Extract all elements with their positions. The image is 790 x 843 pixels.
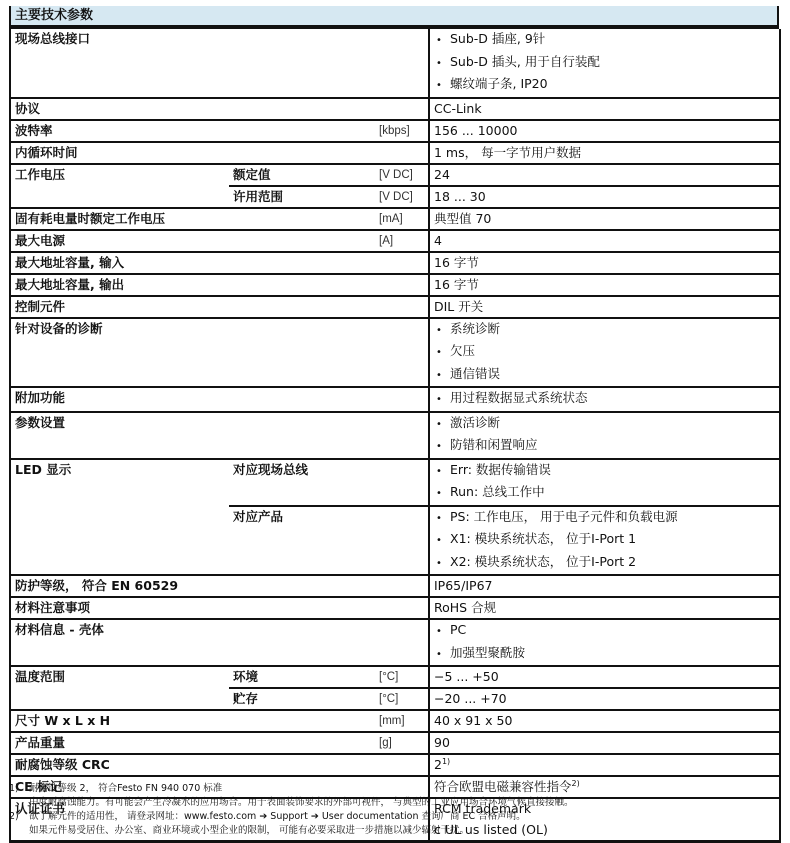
value-text: 16 字节 xyxy=(434,277,479,292)
row-unit xyxy=(375,387,429,412)
value-text: IP65/IP67 xyxy=(434,578,492,593)
row-sublabel: 额定值 xyxy=(229,164,375,186)
table-row: 固有耗电量时额定工作电压[mA]典型值 70 xyxy=(10,208,780,230)
value-list: Sub-D 插座, 9针Sub-D 插头, 用于自行装配螺纹端子条, IP20 xyxy=(434,29,775,97)
row-label: 耐腐蚀等级 CRC xyxy=(10,754,229,776)
table-row: 工作电压额定值[V DC]24 xyxy=(10,164,780,186)
table-row: 许用范围[V DC]18 ... 30 xyxy=(10,186,780,208)
table-row: 协议CC-Link xyxy=(10,98,780,120)
row-value: 16 字节 xyxy=(429,252,780,274)
table-row: 针对设备的诊断系统诊断欠压通信错误 xyxy=(10,318,780,388)
row-value: 典型值 70 xyxy=(429,208,780,230)
row-unit xyxy=(375,575,429,597)
value-item: Run: 总线工作中 xyxy=(434,482,775,505)
value-text: RoHS 合规 xyxy=(434,600,496,615)
value-text: 2 xyxy=(434,757,442,772)
row-label: 最大地址容量, 输出 xyxy=(10,274,229,296)
row-sublabel xyxy=(229,274,375,296)
row-value: 激活诊断防错和闲置响应 xyxy=(429,412,780,459)
value-item: 用过程数据显式系统状态 xyxy=(434,388,775,411)
footnote-1: 1) 耐腐蚀等级 2， 符合Festo FN 940 070 标准 中度耐腐蚀能… xyxy=(9,782,789,810)
value-text: CC-Link xyxy=(434,101,482,116)
row-unit xyxy=(375,459,429,506)
value-item: Sub-D 插头, 用于自行装配 xyxy=(434,52,775,75)
row-value: Sub-D 插座, 9针Sub-D 插头, 用于自行装配螺纹端子条, IP20 xyxy=(429,29,780,98)
table-row: 现场总线接口Sub-D 插座, 9针Sub-D 插头, 用于自行装配螺纹端子条,… xyxy=(10,29,780,98)
row-sublabel xyxy=(229,252,375,274)
value-text: 156 ... 10000 xyxy=(434,123,518,138)
row-sublabel xyxy=(229,98,375,120)
row-label: 现场总线接口 xyxy=(10,29,229,98)
row-unit: [V DC] xyxy=(375,186,429,208)
row-unit: [mm] xyxy=(375,710,429,732)
value-item: 螺纹端子条, IP20 xyxy=(434,74,775,97)
table-row: 附加功能用过程数据显式系统状态 xyxy=(10,387,780,412)
row-sublabel: 对应产品 xyxy=(229,506,375,576)
row-sublabel xyxy=(229,318,375,388)
row-unit: [g] xyxy=(375,732,429,754)
row-sublabel xyxy=(229,387,375,412)
table-row: 产品重量[g]90 xyxy=(10,732,780,754)
row-value: 1 ms， 每一字节用户数据 xyxy=(429,142,780,164)
value-text: 4 xyxy=(434,233,442,248)
row-unit: [kbps] xyxy=(375,120,429,142)
tech-spec-sheet: 主要技术参数 现场总线接口Sub-D 插座, 9针Sub-D 插头, 用于自行装… xyxy=(9,6,779,843)
value-item: 加强型聚酰胺 xyxy=(434,643,775,666)
row-sublabel xyxy=(229,754,375,776)
row-unit: [mA] xyxy=(375,208,429,230)
row-sublabel xyxy=(229,230,375,252)
row-label: 附加功能 xyxy=(10,387,229,412)
value-list: 系统诊断欠压通信错误 xyxy=(434,319,775,387)
row-unit xyxy=(375,252,429,274)
row-value: 16 字节 xyxy=(429,274,780,296)
row-sublabel xyxy=(229,710,375,732)
value-text: DIL 开关 xyxy=(434,299,483,314)
row-value: 21) xyxy=(429,754,780,776)
row-label: 材料注意事项 xyxy=(10,597,229,619)
row-label: 产品重量 xyxy=(10,732,229,754)
row-unit xyxy=(375,98,429,120)
value-list: Err: 数据传输错误Run: 总线工作中 xyxy=(434,460,775,505)
row-label xyxy=(10,506,229,576)
row-sublabel xyxy=(229,575,375,597)
row-unit xyxy=(375,619,429,666)
table-row: 耐腐蚀等级 CRC21) xyxy=(10,754,780,776)
row-label: LED 显示 xyxy=(10,459,229,506)
row-label: 工作电压 xyxy=(10,164,229,186)
table-row: 最大地址容量, 输出16 字节 xyxy=(10,274,780,296)
row-sublabel xyxy=(229,29,375,98)
value-list: 用过程数据显式系统状态 xyxy=(434,388,775,411)
value-item: Sub-D 插座, 9针 xyxy=(434,29,775,52)
row-value: DIL 开关 xyxy=(429,296,780,318)
row-value: 18 ... 30 xyxy=(429,186,780,208)
row-unit xyxy=(375,296,429,318)
row-value: 用过程数据显式系统状态 xyxy=(429,387,780,412)
value-text: 18 ... 30 xyxy=(434,189,486,204)
table-row: 最大地址容量, 输入16 字节 xyxy=(10,252,780,274)
row-unit: [°C] xyxy=(375,666,429,688)
row-label: 固有耗电量时额定工作电压 xyxy=(10,208,229,230)
row-unit xyxy=(375,412,429,459)
row-label: 最大电源 xyxy=(10,230,229,252)
table-row: 尺寸 W x L x H[mm]40 x 91 x 50 xyxy=(10,710,780,732)
table-row: 波特率[kbps]156 ... 10000 xyxy=(10,120,780,142)
value-text: 24 xyxy=(434,167,450,182)
row-value: CC-Link xyxy=(429,98,780,120)
value-text: 1 ms， 每一字节用户数据 xyxy=(434,145,581,160)
spec-table: 现场总线接口Sub-D 插座, 9针Sub-D 插头, 用于自行装配螺纹端子条,… xyxy=(9,29,781,843)
row-unit xyxy=(375,318,429,388)
value-item: X2: 模块系统状态， 位于I-Port 2 xyxy=(434,552,775,575)
row-value: PC加强型聚酰胺 xyxy=(429,619,780,666)
value-list: PC加强型聚酰胺 xyxy=(434,620,775,665)
value-item: PS: 工作电压， 用于电子元件和负载电源 xyxy=(434,507,775,530)
row-value: Err: 数据传输错误Run: 总线工作中 xyxy=(429,459,780,506)
row-unit xyxy=(375,142,429,164)
row-value: 24 xyxy=(429,164,780,186)
row-label: 控制元件 xyxy=(10,296,229,318)
row-label: 内循环时间 xyxy=(10,142,229,164)
table-row: 材料注意事项RoHS 合规 xyxy=(10,597,780,619)
row-label: 防护等级， 符合 EN 60529 xyxy=(10,575,229,597)
row-label: 尺寸 W x L x H xyxy=(10,710,229,732)
table-row: 材料信息 - 壳体PC加强型聚酰胺 xyxy=(10,619,780,666)
table-row: 贮存[°C]−20 ... +70 xyxy=(10,688,780,710)
row-value: −20 ... +70 xyxy=(429,688,780,710)
row-sublabel xyxy=(229,732,375,754)
table-title: 主要技术参数 xyxy=(9,6,779,29)
row-label: 参数设置 xyxy=(10,412,229,459)
row-unit xyxy=(375,274,429,296)
row-unit: [V DC] xyxy=(375,164,429,186)
footnote-ref: 1) xyxy=(442,757,450,766)
value-item: 防错和闲置响应 xyxy=(434,435,775,458)
value-item: 系统诊断 xyxy=(434,319,775,342)
value-text: −20 ... +70 xyxy=(434,691,507,706)
row-sublabel: 贮存 xyxy=(229,688,375,710)
row-sublabel: 对应现场总线 xyxy=(229,459,375,506)
row-sublabel xyxy=(229,597,375,619)
row-value: 系统诊断欠压通信错误 xyxy=(429,318,780,388)
row-value: IP65/IP67 xyxy=(429,575,780,597)
row-unit xyxy=(375,29,429,98)
value-list: 激活诊断防错和闲置响应 xyxy=(434,413,775,458)
value-text: 16 字节 xyxy=(434,255,479,270)
row-value: 4 xyxy=(429,230,780,252)
value-item: 欠压 xyxy=(434,341,775,364)
table-row: 内循环时间1 ms， 每一字节用户数据 xyxy=(10,142,780,164)
row-sublabel xyxy=(229,120,375,142)
value-text: −5 ... +50 xyxy=(434,669,499,684)
row-value: 90 xyxy=(429,732,780,754)
row-sublabel xyxy=(229,412,375,459)
row-value: PS: 工作电压， 用于电子元件和负载电源X1: 模块系统状态， 位于I-Por… xyxy=(429,506,780,576)
table-row: LED 显示对应现场总线Err: 数据传输错误Run: 总线工作中 xyxy=(10,459,780,506)
row-label: 最大地址容量, 输入 xyxy=(10,252,229,274)
value-item: Err: 数据传输错误 xyxy=(434,460,775,483)
row-unit xyxy=(375,506,429,576)
row-label: 材料信息 - 壳体 xyxy=(10,619,229,666)
value-text: 90 xyxy=(434,735,450,750)
row-value: 40 x 91 x 50 xyxy=(429,710,780,732)
row-sublabel: 许用范围 xyxy=(229,186,375,208)
row-sublabel xyxy=(229,142,375,164)
row-label xyxy=(10,186,229,208)
table-row: 参数设置激活诊断防错和闲置响应 xyxy=(10,412,780,459)
value-list: PS: 工作电压， 用于电子元件和负载电源X1: 模块系统状态， 位于I-Por… xyxy=(434,507,775,575)
value-item: 激活诊断 xyxy=(434,413,775,436)
value-item: 通信错误 xyxy=(434,364,775,387)
table-row: 对应产品PS: 工作电压， 用于电子元件和负载电源X1: 模块系统状态， 位于I… xyxy=(10,506,780,576)
row-sublabel: 环境 xyxy=(229,666,375,688)
value-item: PC xyxy=(434,620,775,643)
row-unit: [A] xyxy=(375,230,429,252)
value-text: 40 x 91 x 50 xyxy=(434,713,512,728)
row-unit xyxy=(375,754,429,776)
row-label xyxy=(10,688,229,710)
row-label: 波特率 xyxy=(10,120,229,142)
footnotes: 1) 耐腐蚀等级 2， 符合Festo FN 940 070 标准 中度耐腐蚀能… xyxy=(9,782,789,838)
row-sublabel xyxy=(229,619,375,666)
table-row: 控制元件DIL 开关 xyxy=(10,296,780,318)
table-row: 防护等级， 符合 EN 60529IP65/IP67 xyxy=(10,575,780,597)
table-row: 温度范围环境[°C]−5 ... +50 xyxy=(10,666,780,688)
footnote-2: 2) 欲了解元件的适用性， 请登录网址：www.festo.com ➔ Supp… xyxy=(9,810,789,838)
table-row: 最大电源[A]4 xyxy=(10,230,780,252)
row-label: 针对设备的诊断 xyxy=(10,318,229,388)
row-value: −5 ... +50 xyxy=(429,666,780,688)
row-sublabel xyxy=(229,296,375,318)
row-unit: [°C] xyxy=(375,688,429,710)
value-item: X1: 模块系统状态， 位于I-Port 1 xyxy=(434,529,775,552)
row-unit xyxy=(375,597,429,619)
row-sublabel xyxy=(229,208,375,230)
row-value: RoHS 合规 xyxy=(429,597,780,619)
row-label: 协议 xyxy=(10,98,229,120)
row-value: 156 ... 10000 xyxy=(429,120,780,142)
row-label: 温度范围 xyxy=(10,666,229,688)
value-text: 典型值 70 xyxy=(434,211,491,226)
